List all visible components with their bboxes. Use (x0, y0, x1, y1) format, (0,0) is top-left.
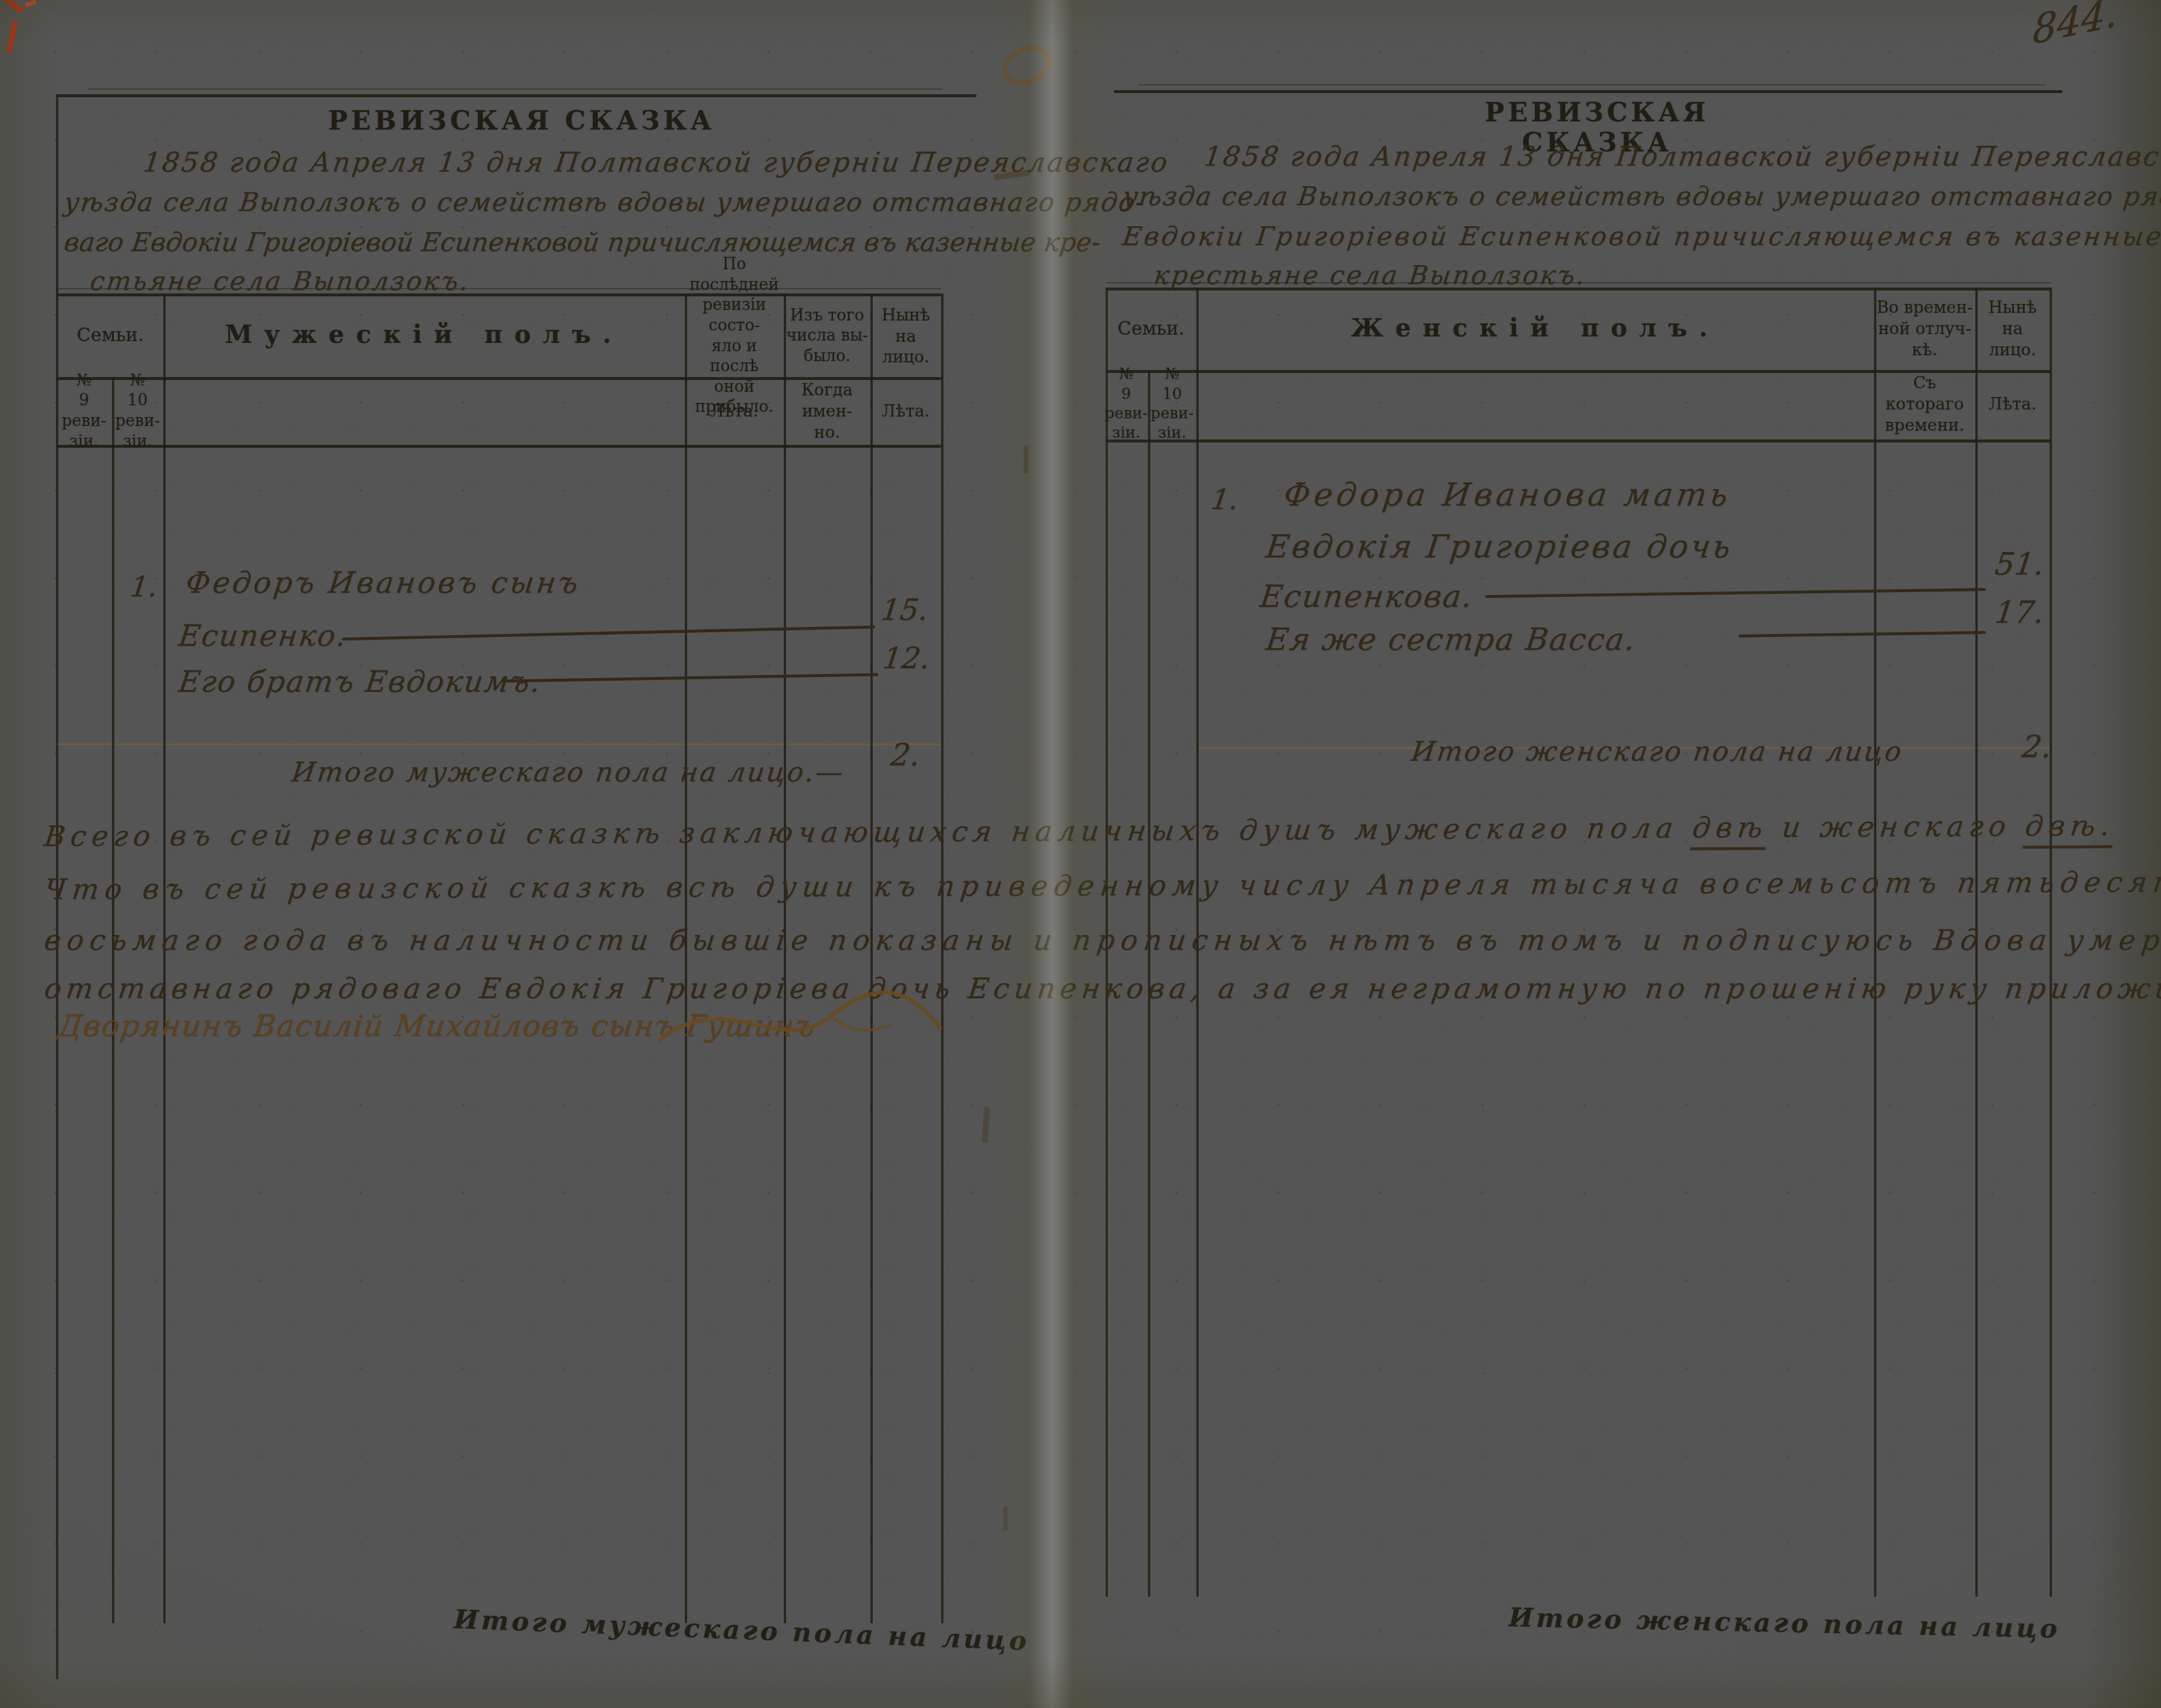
certification-line-1-mid: и женскаго (1766, 810, 2027, 844)
fold-crease-mark (1024, 445, 1028, 474)
female-total-label: Итого женскаго пола на лицо (1410, 735, 1905, 767)
revision-list-scan: 844. РЕВИЗСКАЯ СКАЗКА 1858 года Апреля 1… (0, 0, 2161, 1708)
grid-line (1106, 440, 2051, 442)
entry-name-line: Есипенко. (177, 619, 349, 653)
red-pen-mark (24, 0, 37, 8)
page-number: 844. (2032, 0, 2119, 54)
grid-line (57, 445, 941, 448)
grid-line (57, 744, 941, 745)
certification-line-4: отставнаго рядоваго Евдокія Григоріева д… (42, 972, 2161, 1005)
grid-line (870, 293, 873, 1623)
grid-line (163, 293, 166, 1623)
entry-age: 12. (881, 641, 932, 675)
red-pen-mark (6, 21, 18, 54)
page-title: РЕВИЗСКАЯ СКАЗКА (321, 106, 722, 136)
entry-leader-line (1738, 631, 1986, 637)
column-header-revision-9: № 9 реви- зіи. (1106, 372, 1147, 436)
fold-crease-mark (1003, 1506, 1008, 1531)
heading-line: крестьяне села Выползокъ. (1152, 260, 1588, 290)
heading-line: Евдокіи Григоріевой Есипенковой причисля… (1121, 222, 2161, 252)
heading-line: 1858 года Апреля 13 дня Полтавской губер… (141, 146, 1171, 178)
entry-age: 17. (1993, 595, 2046, 630)
column-header-last-revision: По послѣдней ревизіи состо- яло и послѣ … (686, 296, 783, 376)
grid-line (88, 88, 943, 90)
grid-line (1137, 84, 2045, 85)
entry-leader-line (501, 673, 878, 682)
male-total-label: Итого мужескаго пола на лицо.— (290, 756, 847, 788)
fold-crease-mark (982, 1106, 990, 1144)
certification-male-count: двѣ (1690, 811, 1770, 851)
certification-female-count: двѣ. (2023, 810, 2117, 849)
heading-line: 1858 года Апреля 13 дня Полтавской губер… (1202, 140, 2161, 172)
certification-line-1-prefix: Всего въ сей ревизской сказкѣ заключающи… (42, 811, 1694, 853)
heading-line: стьяне села Выползокъ. (88, 266, 472, 296)
heading-line: уѣзда села Выползокъ о семействѣ вдовы у… (62, 187, 1147, 217)
entry-leader-line (342, 626, 875, 641)
certification-line-1: Всего въ сей ревизской сказкѣ заключающи… (42, 810, 2117, 853)
column-header-family: Семьи. (1106, 292, 1196, 367)
red-pen-mark (4, 0, 24, 14)
grid-line (685, 293, 687, 1623)
male-total-value: 2. (889, 738, 922, 773)
grid-line (784, 293, 786, 1623)
grid-line (1114, 90, 2063, 93)
male-footer-caption: Итого мужескаго пола на лицо (453, 1604, 1030, 1656)
heading-line: ваго Евдокіи Григоріевой Есипенковой при… (62, 227, 1102, 257)
female-footer-caption: Итого женскаго пола на лицо (1509, 1603, 2061, 1644)
column-header-departed: Изъ того числа вы- было. (785, 296, 869, 376)
column-header-revision-10: № 10 реви- зіи. (1149, 372, 1195, 436)
column-header-female-sex: Женскій полъ. (1196, 288, 1874, 369)
column-subheader-years: Лѣта. (686, 380, 783, 442)
heading-line: уѣзда села Выползокъ о семействѣ вдовы у… (1121, 181, 2161, 212)
column-header-absence: Во времен- ной отлуч- кѣ. (1875, 290, 1974, 367)
certification-line-3: восьмаго года въ наличности бывшіе показ… (42, 924, 2161, 957)
column-header-now-present: Нынѣ на лицо. (872, 296, 940, 376)
certification-line-2: Что въ сей ревизской сказкѣ всѣ души къ … (42, 865, 2161, 906)
entry-name-line: Ея же сестра Васса. (1264, 622, 1638, 658)
family-number: 1. (1209, 483, 1240, 516)
entry-name-line: Федора Иванова мать (1282, 476, 1733, 513)
entry-name-line: Федоръ Ивановъ сынъ (184, 566, 582, 600)
grid-line (941, 293, 943, 1623)
family-number: 1. (128, 570, 160, 603)
entry-leader-line (1485, 588, 1986, 598)
column-subheader-years: Лѣта. (1977, 372, 2048, 436)
entry-age: 15. (879, 593, 931, 627)
column-subheader-since: Съ котораго времени. (1875, 372, 1974, 436)
column-header-male-sex: Мужескій полъ. (163, 293, 685, 376)
entry-name-line: Евдокія Григоріева дочь (1264, 528, 1735, 565)
column-header-revision-10: № 10 реви- зіи. (113, 380, 162, 442)
column-subheader-when: Когда имен- но. (785, 380, 869, 442)
stitch-thread-icon (997, 38, 1058, 92)
entry-age: 51. (1993, 547, 2046, 582)
female-total-value: 2. (2020, 729, 2054, 765)
column-header-revision-9: № 9 реви- зіи. (57, 380, 111, 442)
column-header-now-present: Нынѣ на лицо. (1977, 290, 2048, 367)
grid-line (57, 94, 976, 97)
entry-name-line: Есипенкова. (1258, 579, 1476, 615)
column-header-family: Семьи. (57, 298, 163, 374)
entry-name-line: Его братъ Евдокимъ. (177, 665, 543, 699)
signature-flourish-icon (654, 978, 949, 1066)
column-subheader-years: Лѣта. (872, 380, 940, 442)
